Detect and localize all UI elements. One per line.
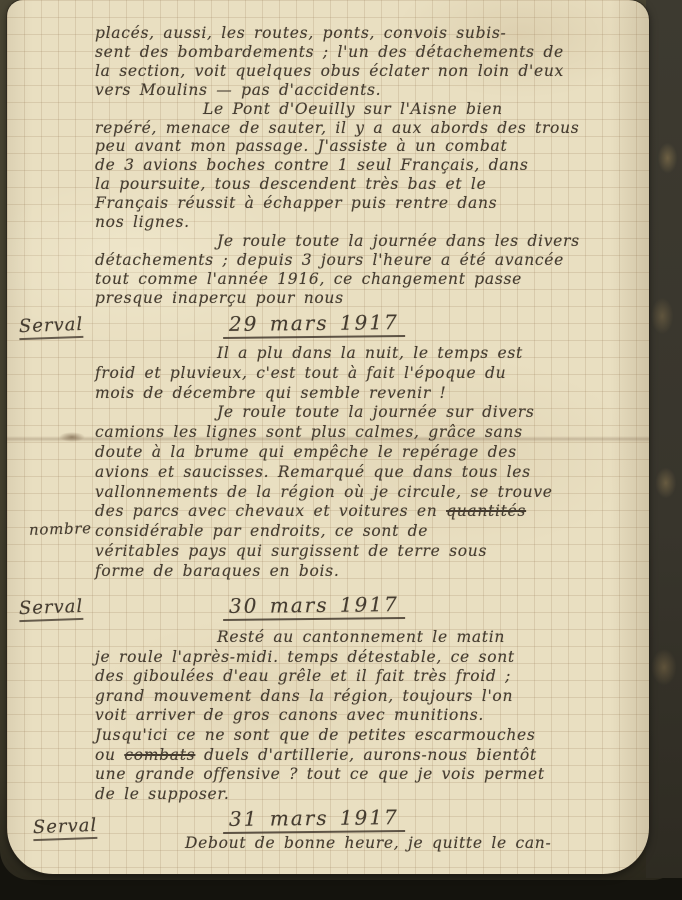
handwritten-line: des giboulées d'eau grêle et il fait trè… [95,667,647,687]
handwritten-line: peu avant mon passage. J'assiste à un co… [95,137,647,156]
photographed-notebook: placés, aussi, les routes, ponts, convoi… [0,0,682,900]
crossed-out-word: quantités [446,502,526,520]
handwritten-line: tout comme l'année 1916, ce changement p… [95,270,647,289]
handwritten-line: une grande offensive ? tout ce que je vo… [95,765,647,785]
handwritten-line: la poursuite, tous descendent très bas e… [95,175,647,194]
handwritten-line: mois de décembre qui semble revenir ! [95,384,647,404]
handwritten-line: détachements ; depuis 3 jours l'heure a … [95,251,647,270]
handwritten-line: Jusqu'ici ce ne sont que de petites esca… [95,726,647,746]
handwritten-line: repéré, menace de sauter, il y a aux abo… [95,119,647,138]
notebook-cover-spine-edge [646,0,682,878]
handwritten-line: Il a plu dans la nuit, le temps est [95,344,647,364]
line-text: des parcs avec chevaux et voitures en [95,502,446,520]
handwritten-line: vers Moulins — pas d'accidents. [95,81,647,100]
handwritten-line: camions les lignes sont plus calmes, grâ… [95,423,647,443]
handwritten-line: la section, voit quelques obus éclater n… [95,62,647,81]
handwritten-line: Resté au cantonnement le matin [95,628,647,648]
line-text: duels d'artillerie, aurons-nous bientôt [195,746,537,764]
entry-body: Resté au cantonnement le matin je roule … [95,628,647,804]
handwritten-line: vallonnements de la région où je circule… [95,483,647,503]
handwritten-line: Le Pont d'Oeuilly sur l'Aisne bien [95,100,647,119]
handwritten-line: grand mouvement dans la région, toujours… [95,687,647,707]
entry-date-heading: 29 mars 1917 [223,310,405,339]
handwritten-line: de le supposer. [95,785,647,805]
ink-smudge [59,432,85,442]
handwritten-line: je roule l'après-midi. temps détestable,… [95,648,647,668]
entry-date-heading: 31 mars 1917 [223,805,405,834]
handwritten-line: de 3 avions boches contre 1 seul Françai… [95,156,647,175]
handwritten-line: nos lignes. [95,213,647,232]
entry-30-mars-1917: Serval 30 mars 1917 Resté au cantonnemen… [95,593,647,804]
handwritten-line: Je roule toute la journée dans les diver… [95,232,647,251]
diary-page: placés, aussi, les routes, ponts, convoi… [7,0,649,874]
entry-date-heading: 30 mars 1917 [223,592,405,621]
handwritten-line: presque inaperçu pour nous [95,289,647,308]
entry-29-mars-1917: Serval 29 mars 1917 Il a plu dans la nui… [95,311,647,582]
handwritten-line: véritables pays qui surgissent de terre … [95,542,647,562]
handwritten-line-with-strikethrough: ou combats duels d'artillerie, aurons-no… [95,746,647,766]
margin-note-location: Serval [19,314,84,340]
handwritten-line: voit arriver de gros canons avec munitio… [95,706,647,726]
handwritten-line: placés, aussi, les routes, ponts, convoi… [95,24,647,43]
handwritten-line: froid et pluvieux, c'est tout à fait l'é… [95,364,647,384]
margin-note-location: Serval [19,596,84,622]
handwritten-line: Je roule toute la journée sur divers [95,403,647,423]
handwritten-line: nombreconsidérable par endroits, ce sont… [95,522,647,542]
entry-31-mars-1917: Serval 31 mars 1917 Debout de bonne heur… [95,806,647,854]
entry-body: Debout de bonne heure, je quitte le can- [95,834,647,854]
handwritten-line: sent des bombardements ; l'un des détach… [95,43,647,62]
continuation-paragraphs: placés, aussi, les routes, ponts, convoi… [95,24,647,308]
line-text: ou [95,746,124,764]
line-text: considérable par endroits, ce sont de [95,522,428,540]
handwritten-line: Français réussit à échapper puis rentre … [95,194,647,213]
handwritten-line-with-strikethrough: des parcs avec chevaux et voitures en qu… [95,502,647,522]
entry-body: Il a plu dans la nuit, le temps est froi… [95,344,647,582]
margin-correction-word: nombre [29,519,92,540]
margin-note-location: Serval [33,815,98,841]
crossed-out-word: combats [124,746,195,764]
handwritten-line: Debout de bonne heure, je quitte le can- [95,834,647,854]
handwritten-line: doute à la brume qui empêche le repérage… [95,443,647,463]
handwritten-line: avions et saucisses. Remarqué que dans t… [95,463,647,483]
handwritten-line: forme de baraques en bois. [95,562,647,582]
